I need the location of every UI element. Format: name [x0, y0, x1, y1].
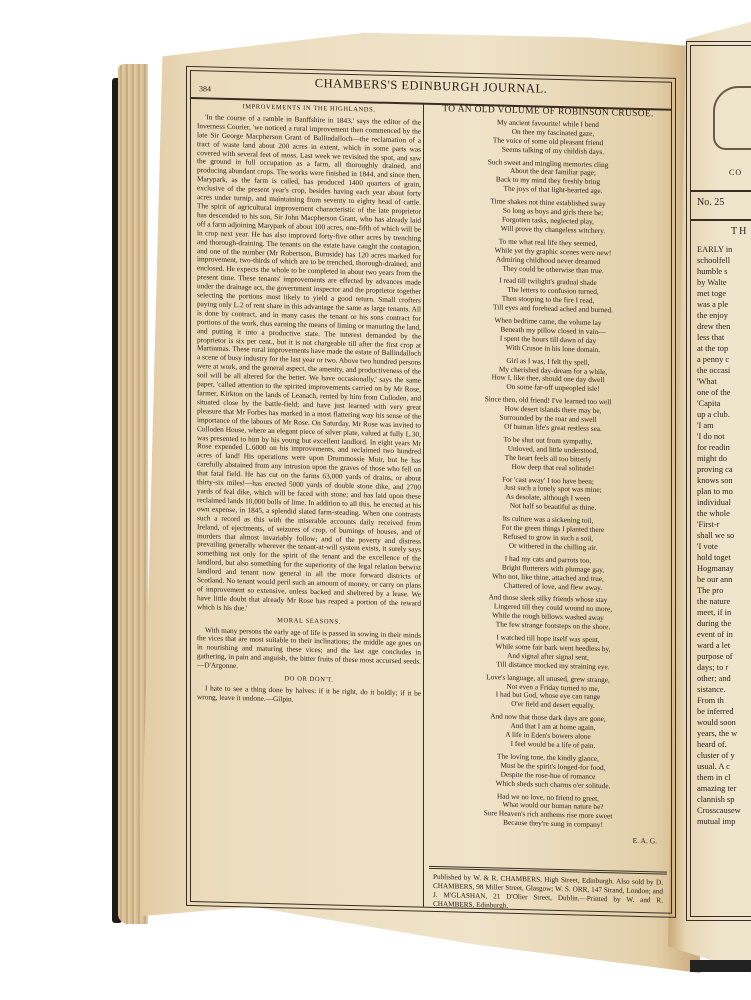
text-line-fragment: Hogmanay [697, 563, 751, 574]
text-line-fragment: at the top [697, 343, 751, 354]
text-line-fragment: the nature [697, 596, 751, 607]
text-line-fragment: 'I vote [697, 541, 751, 552]
text-line-fragment: the occasi [697, 365, 751, 376]
book-cover-edge [690, 960, 751, 972]
poem-stanza: I had my cats and parrots too,Bright flu… [429, 553, 667, 594]
article-body-improvements: 'In the course of a ramble in Banffshire… [197, 113, 421, 617]
text-line-fragment: be our ann [697, 574, 751, 585]
text-line-fragment: 'I do not [697, 431, 751, 442]
poem-body: My ancient favourite! while I bendOn the… [429, 117, 667, 832]
poem-stanza: The loving tone, the kindly glance,Must … [429, 751, 667, 792]
article-body-moral-seasons: With many persons the early age of life … [197, 626, 421, 676]
text-line-fragment: proving ca [697, 464, 751, 475]
vignette-illustration [713, 86, 751, 150]
text-line-fragment: would soon [697, 717, 751, 728]
article-body-do-or-dont: I hate to see a thing done by halves: if… [197, 684, 421, 707]
poem-stanza: I watched till hope itself was spent,Whi… [429, 632, 667, 673]
text-line-fragment: other; and [697, 673, 751, 684]
right-column: TO AN OLD VOLUME OF ROBINSON CRUSOE. My … [429, 105, 667, 907]
text-line-fragment: EARLY in [697, 244, 751, 255]
text-line-fragment: event of in [697, 629, 751, 640]
text-line-fragment: From th [697, 695, 751, 706]
text-line-fragment: might do [697, 453, 751, 464]
column-divider [423, 103, 424, 907]
poem-stanza: I read till twilight's gradual shadeThe … [429, 275, 667, 316]
poem-stanza: Had we no love, no friend to greet,What … [429, 790, 667, 831]
text-line-fragment: plan to mo [697, 486, 751, 497]
text-line-fragment: up a club. [697, 409, 751, 420]
text-line-fragment: The pro [697, 585, 751, 596]
text-line-fragment: amazing ter [697, 783, 751, 794]
text-line-fragment: was a ple [697, 299, 751, 310]
text-line-fragment: humble s [697, 266, 751, 277]
text-line-fragment: a penny c [697, 354, 751, 365]
poem-stanza: Girl as I was, I felt thy spell,My cheri… [429, 354, 667, 395]
text-line-fragment: 'What [697, 376, 751, 387]
poem-stanza: When bedtime came, the volume layBeneath… [429, 315, 667, 356]
article-title-fragment: TH [731, 226, 748, 237]
text-line-fragment: during the [697, 618, 751, 629]
poem-stanza: Such sweet and mingling memories clingAb… [429, 156, 667, 197]
vignette-caption: CO [729, 168, 742, 177]
text-line-fragment: 'I am [697, 420, 751, 431]
text-line-fragment: by Walte [697, 277, 751, 288]
text-line-fragment: cluster of y [697, 750, 751, 761]
text-line-fragment: for readin [697, 442, 751, 453]
text-line-fragment: individual [697, 497, 751, 508]
poem-stanza: My ancient favourite! while I bendOn the… [429, 117, 667, 158]
text-line-fragment: the enjoy [697, 310, 751, 321]
text-line-fragment: drew then [697, 321, 751, 332]
publisher-imprint: Published by W. & R. CHAMBERS, High Stre… [429, 866, 667, 915]
poem-stanza: And those sleek silky friends whose stay… [429, 592, 667, 633]
poem-stanza: To be shut out from sympathy,Unloved, an… [429, 434, 667, 475]
text-line-fragment: usual. A c [697, 761, 751, 772]
text-line-fragment: years, the w [697, 728, 751, 739]
left-column: IMPROVEMENTS IN THE HIGHLANDS. 'In the c… [197, 99, 421, 900]
text-line-fragment: less that [697, 332, 751, 343]
left-page-frame: 384 CHAMBERS'S EDINBURGH JOURNAL. IMPROV… [190, 70, 672, 914]
text-line-fragment: knows son [697, 475, 751, 486]
poem-stanza: And now that those dark days are gone,An… [429, 711, 667, 752]
poem-stanza: Love's language, all unused, grew strang… [429, 671, 667, 712]
text-line-fragment: days; to r [697, 662, 751, 673]
text-line-fragment: ward a let [697, 640, 751, 651]
poem-signature: E. A. G. [429, 832, 667, 847]
text-line-fragment: the whole [697, 508, 751, 519]
text-line-fragment: 'First-r [697, 519, 751, 530]
text-line-fragment: sistance. [697, 684, 751, 695]
poem-stanza: To me what real life they seemed,While y… [429, 236, 667, 277]
text-line-fragment: meet, if in [697, 607, 751, 618]
text-line-fragment: Crosscausew [697, 805, 751, 816]
right-page-frame: CO No. 25 TH EARLY inschoolfellhumble sb… [690, 45, 751, 917]
text-line-fragment: hold toget [697, 552, 751, 563]
text-line-fragment: purpose of [697, 651, 751, 662]
text-line-fragment: clannish sp [697, 794, 751, 805]
text-line-fragment: mutual imp [697, 816, 751, 827]
text-line-fragment: schoolfell [697, 255, 751, 266]
poem-stanza: For 'cast away' I too have been;Just suc… [429, 473, 667, 514]
text-line-fragment: heard of. [697, 739, 751, 750]
text-line-fragment: met toge [697, 288, 751, 299]
issue-number: No. 25 [691, 190, 751, 221]
text-line-fragment: 'Capita [697, 398, 751, 409]
poem-stanza: Time shakes not thine established swaySo… [429, 196, 667, 237]
poem-stanza: Its culture was a sickening toil,For the… [429, 513, 667, 554]
text-line-fragment: shall we so [697, 530, 751, 541]
right-page-text: EARLY inschoolfellhumble sby Waltemet to… [697, 244, 751, 827]
poem-stanza: Since then, old friend! I've learned too… [429, 394, 667, 435]
text-line-fragment: them in cl [697, 772, 751, 783]
text-line-fragment: be inferred [697, 706, 751, 717]
open-book-photo: 384 CHAMBERS'S EDINBURGH JOURNAL. IMPROV… [0, 0, 751, 1000]
text-line-fragment: one of the [697, 387, 751, 398]
